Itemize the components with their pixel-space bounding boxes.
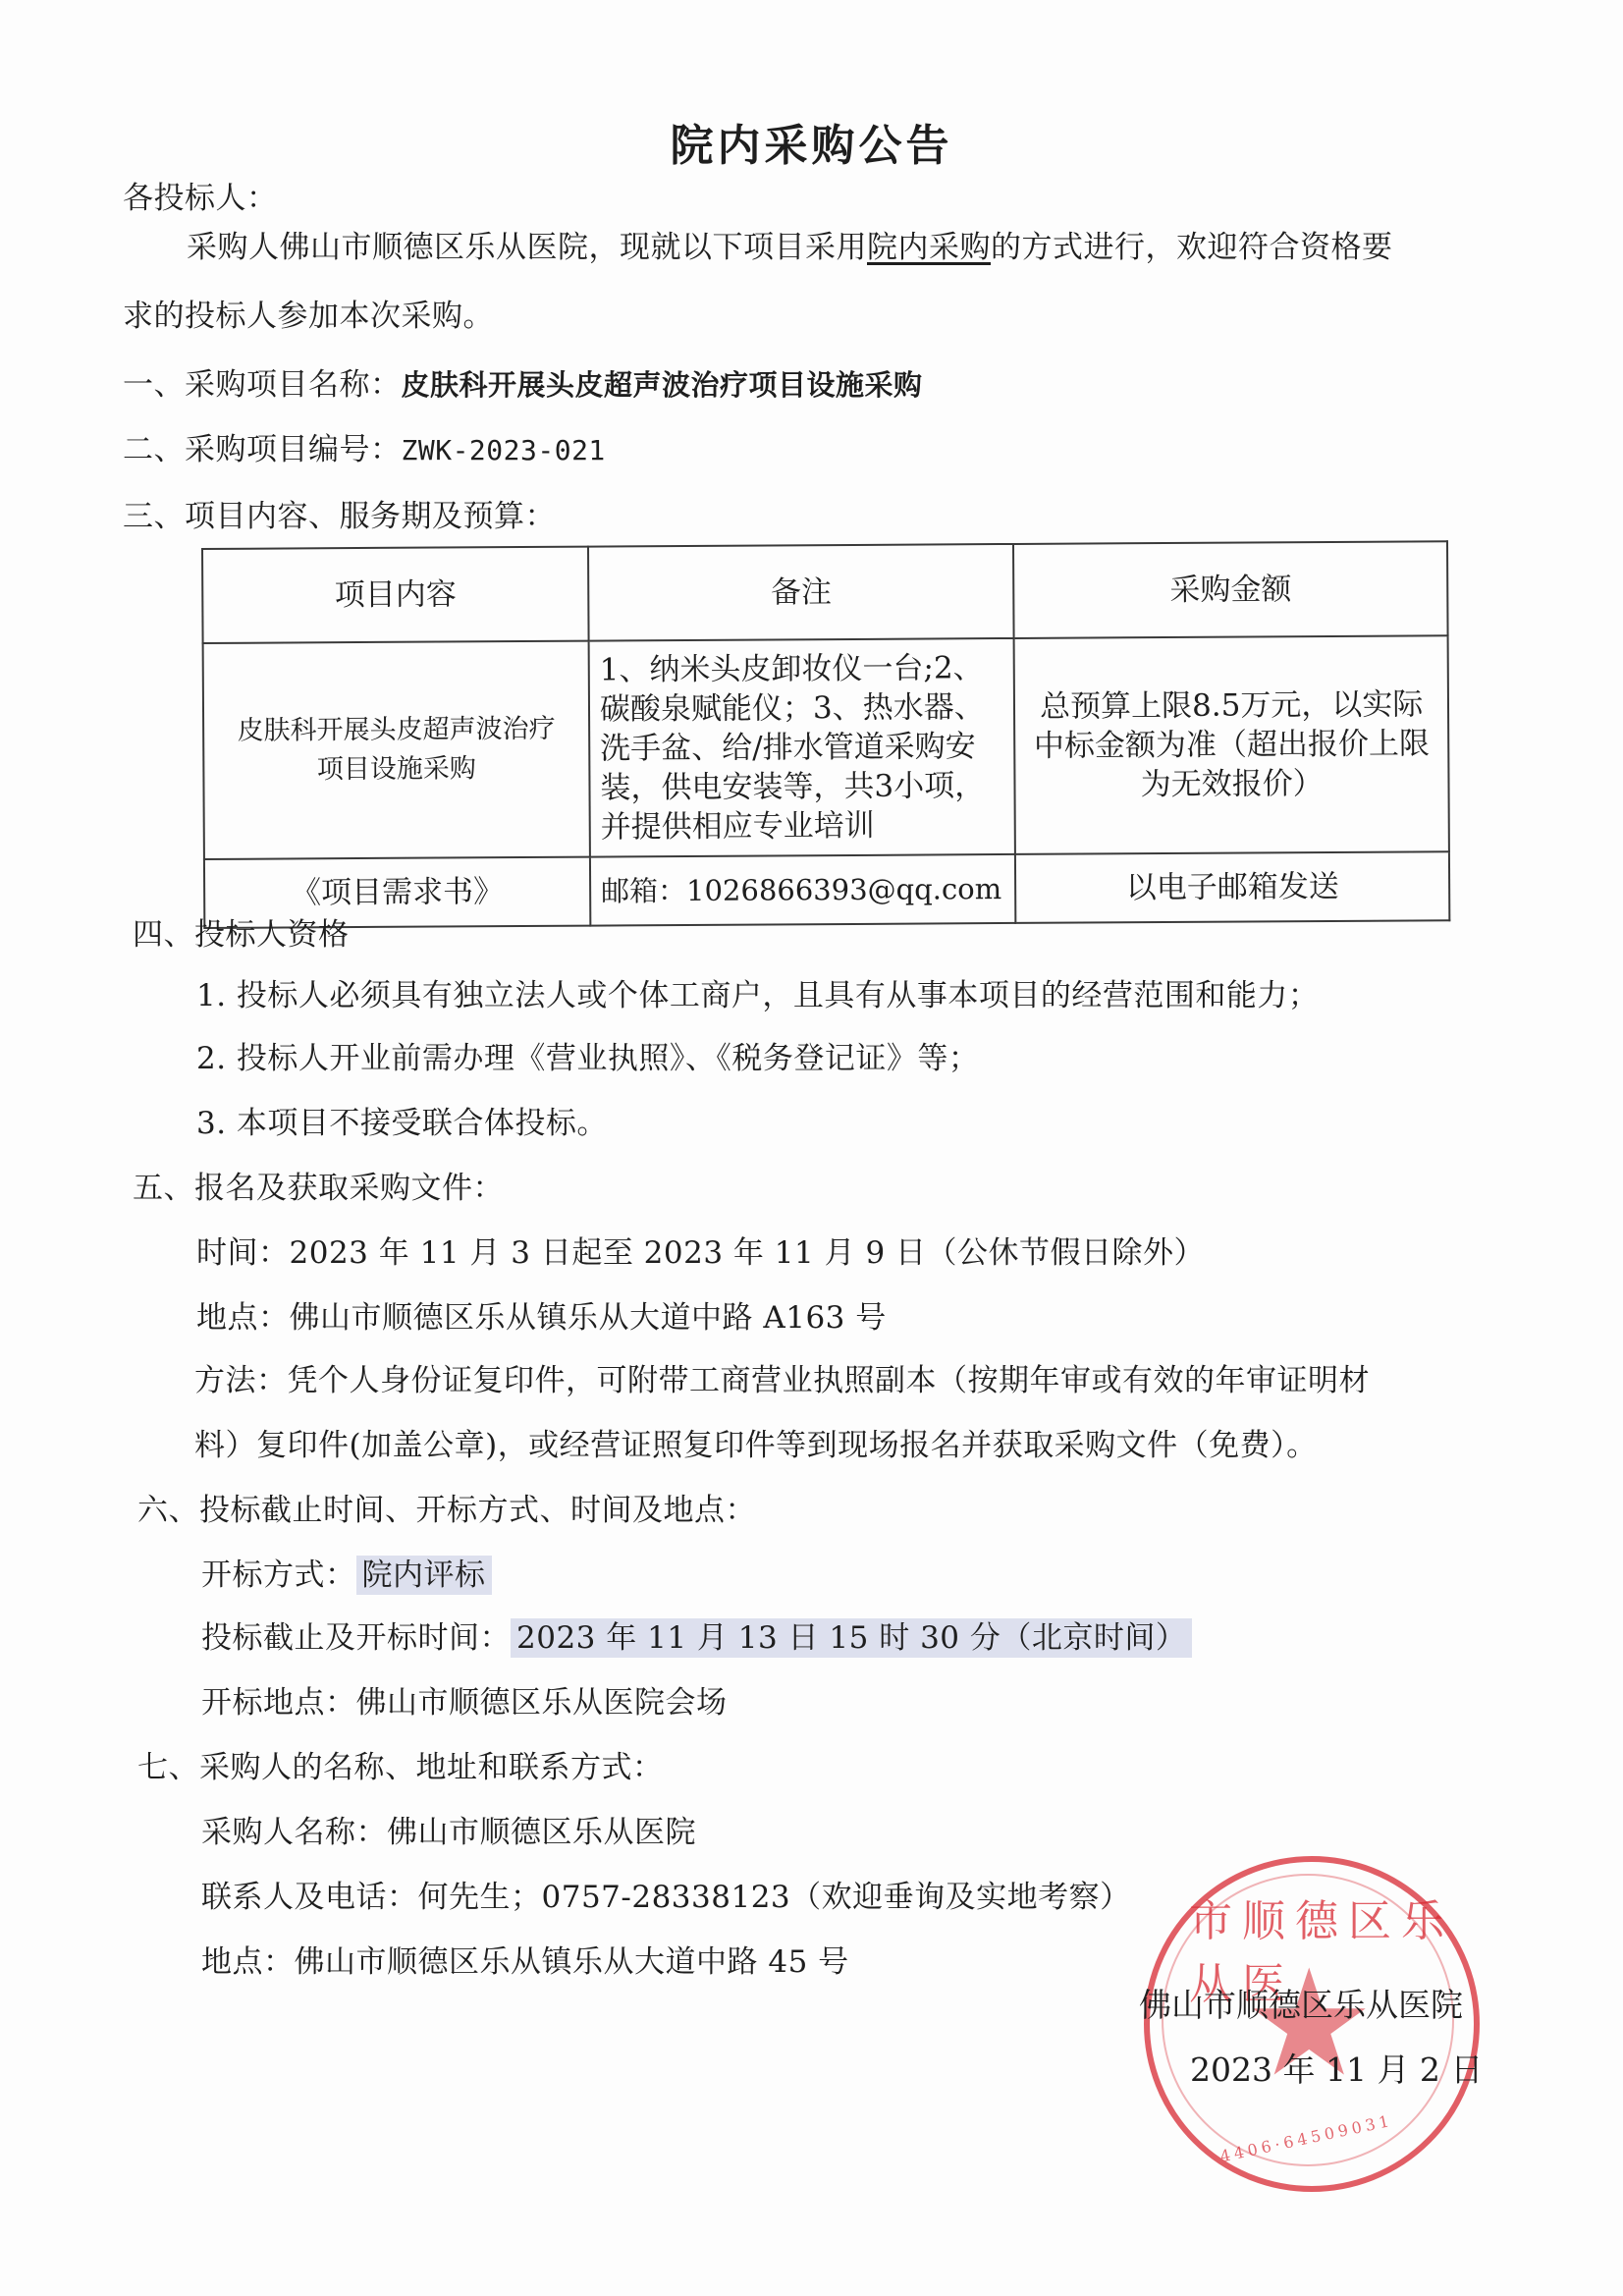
intro-line-1: 采购人佛山市顺德区乐从医院，现就以下项目采用院内采购的方式进行，欢迎符合资格要: [187, 228, 1393, 267]
section-7-heading: 七、采购人的名称、地址和联系方式：: [137, 1748, 664, 1787]
header-amount: 采购金额: [1013, 541, 1447, 638]
section-1: 一、采购项目名称：皮肤科开展头皮超声波治疗项目设施采购: [123, 365, 923, 405]
opening-venue: 开标地点：佛山市顺德区乐从医院会场: [201, 1683, 728, 1722]
document-page: 院内采购公告 各投标人： 采购人佛山市顺德区乐从医院，现就以下项目采用院内采购的…: [0, 0, 1623, 2296]
signature-date: 2023 年 11 月 2 日: [1190, 2050, 1483, 2090]
registration-method-line-1: 方法：凭个人身份证复印件，可附带工商营业执照副本（按期年审或有效的年审证明材: [194, 1361, 1370, 1400]
intro-line-2: 求的投标人参加本次采购。: [123, 297, 494, 336]
salutation: 各投标人：: [123, 179, 278, 218]
table-row: 《项目需求书》 邮箱：1026866393@qq.com 以电子邮箱发送: [204, 851, 1449, 928]
project-table: 项目内容 备注 采购金额 皮肤科开展头皮超声波治疗项目设施采购 1、纳米头皮卸妆…: [201, 540, 1450, 929]
project-number: ZWK-2023-021: [402, 434, 606, 466]
cell-amount: 以电子邮箱发送: [1015, 851, 1449, 923]
cell-remark: 1、纳米头皮卸妆仪一台;2、碳酸泉赋能仪；3、热水器、洗手盆、给/排水管道采购安…: [589, 638, 1016, 857]
header-content: 项目内容: [202, 547, 589, 643]
registration-place: 地点：佛山市顺德区乐从镇乐从大道中路 A163 号: [196, 1298, 887, 1338]
page-title: 院内采购公告: [0, 110, 1623, 173]
purchaser-name: 采购人名称：佛山市顺德区乐从医院: [201, 1813, 696, 1852]
section-3-heading: 三、项目内容、服务期及预算：: [123, 497, 556, 536]
section-5-heading: 五、报名及获取采购文件：: [133, 1169, 504, 1208]
bid-deadline: 投标截止及开标时间：2023 年 11 月 13 日 15 时 30 分（北京时…: [201, 1618, 1192, 1658]
section-6-heading: 六、投标截止时间、开标方式、时间及地点：: [137, 1491, 756, 1530]
table-header-row: 项目内容 备注 采购金额: [202, 541, 1448, 643]
project-name: 皮肤科开展头皮超声波治疗项目设施采购: [402, 368, 923, 402]
purchaser-address: 地点：佛山市顺德区乐从镇乐从大道中路 45 号: [201, 1942, 849, 1982]
opening-mode-value: 院内评标: [356, 1556, 492, 1595]
bid-deadline-value: 2023 年 11 月 13 日 15 时 30 分（北京时间）: [511, 1618, 1192, 1658]
qualification-item: 2. 投标人开业前需办理《营业执照》、《税务登记证》等；: [196, 1039, 979, 1078]
signature-org: 佛山市顺德区乐从医院: [1139, 1986, 1463, 2025]
registration-time: 时间：2023 年 11 月 3 日起至 2023 年 11 月 9 日（公休节…: [196, 1233, 1205, 1273]
purchaser-contact: 联系人及电话：何先生；0757-28338123（欢迎垂询及实地考察）: [201, 1878, 1131, 1917]
cell-content: 皮肤科开展头皮超声波治疗项目设施采购: [203, 641, 590, 859]
procurement-method-underlined: 院内采购: [867, 230, 991, 265]
opening-mode: 开标方式：院内评标: [201, 1556, 492, 1595]
section-4-heading: 四、投标人资格: [133, 915, 350, 955]
cell-amount: 总预算上限8.5万元，以实际中标金额为准（超出报价上限为无效报价）: [1014, 635, 1449, 854]
section-2: 二、采购项目编号：ZWK-2023-021: [123, 430, 606, 470]
header-remark: 备注: [588, 544, 1014, 641]
registration-method-line-2: 料）复印件(加盖公章)，或经营证照复印件等到现场报名并获取采购文件（免费）。: [194, 1426, 1318, 1465]
cell-remark-email: 邮箱：1026866393@qq.com: [590, 854, 1016, 926]
qualification-item: 3. 本项目不接受联合体投标。: [196, 1104, 608, 1143]
qualification-item: 1. 投标人必须具有独立法人或个体工商户，且具有从事本项目的经营范围和能力；: [196, 976, 1319, 1015]
table-row: 皮肤科开展头皮超声波治疗项目设施采购 1、纳米头皮卸妆仪一台;2、碳酸泉赋能仪；…: [203, 635, 1449, 859]
